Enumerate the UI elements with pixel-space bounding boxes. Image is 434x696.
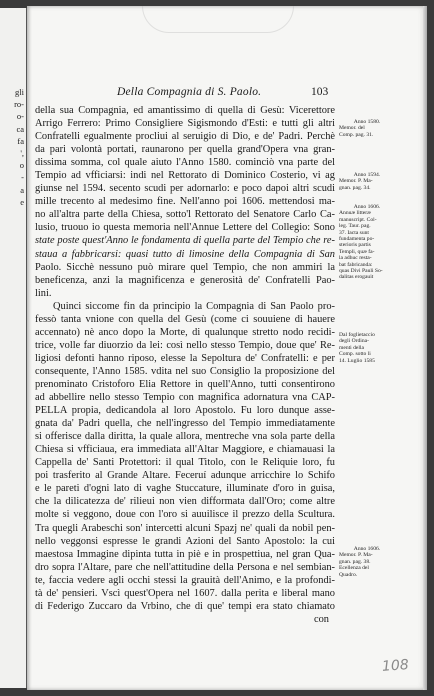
previous-page-fragment: ', [14, 147, 24, 159]
text-line: Paolo. Sicchè nessuno può mirare quel Te… [35, 261, 335, 274]
running-head: Della Compagnia di S. Paolo. 103 [27, 86, 427, 102]
text-line: fessò tanta vnione con quella del Gesù (… [35, 313, 335, 326]
text-line: molte si veggono, doue con l'oro si auui… [35, 508, 335, 521]
previous-page-edge: gli ro- o- ca fa ', o - a e [0, 8, 27, 688]
marginal-note-1606: Anno 1606. Annuæ litteræ manuscript. Col… [339, 204, 395, 281]
paragraph-start: Quinci siccome fin da principio la Compa… [35, 300, 335, 313]
marginal-note-line: Quadro. [339, 572, 395, 578]
marginal-note-foglietaccio: Dal foglietaccio degli Ordina- menti del… [339, 332, 395, 364]
text-line: ligiosi defonti hanno riposo, elesse la … [35, 352, 335, 365]
text-line: Confratelli egualmente procliui al serui… [35, 130, 335, 143]
text-line: ad abbellire nello stesso Tempio con mag… [35, 391, 335, 404]
text-line: si offerisce dalla diritta, la quale all… [35, 430, 335, 443]
text-line: Tra quegli Arabeschi son' intercetti alc… [35, 522, 335, 535]
body-text: della sua Compagnia, ed amantissimo di q… [35, 104, 335, 626]
page-number: 103 [311, 86, 328, 98]
previous-page-fragment: - [14, 171, 24, 183]
text-line: dissima somma, col quale aiuto l'Anno 15… [35, 156, 335, 169]
previous-page-line-endings: gli ro- o- ca fa ', o - a e [14, 86, 24, 208]
text-line: no all'altra parte della Chiesa, sotto'l… [35, 208, 335, 221]
text-line: gnata da' Padri quella, che nell'ingress… [35, 417, 335, 430]
text-line: trice, volle far diuorzio da lei: così n… [35, 339, 335, 352]
text-line: poi trasferito al Grande Altare. Feceruí… [35, 469, 335, 482]
text-line: Arrigo Ferrero: Primo Consigliere Sigism… [35, 117, 335, 130]
text-line: giunse nel 1594. secento scudi per adorn… [35, 182, 335, 195]
text-line: e le pareti d'ogni lato di vaghe Stuccat… [35, 482, 335, 495]
previous-page-fragment: ca [14, 123, 24, 135]
marginal-note-line: dalitas erogauit [339, 274, 395, 280]
text-line: di Federigo Zuccaro da Vrbino, che di qu… [35, 600, 335, 613]
previous-page-fragment: gli [14, 86, 24, 98]
text-line: lini. [35, 287, 335, 300]
book-page: Della Compagnia di S. Paolo. 103 della s… [27, 6, 427, 690]
text-line: PELLA propia, dedicandola al loro Aposto… [35, 404, 335, 417]
text-line: mille trecento al medesimo fine. Nell'an… [35, 195, 335, 208]
text-line: dro sopra l'Altare, pare che nell'attitu… [35, 561, 335, 574]
text-line-italic: staua a fabbricarsi: quasi tutto di limo… [35, 248, 335, 261]
running-title: Della Compagnia di S. Paolo. [117, 86, 261, 98]
handwritten-folio-number: 108 [381, 657, 409, 675]
text-line: lusio, truouo io questa memoria nell'Ann… [35, 221, 335, 234]
marginal-note-line: Comp. pag. 31. [339, 132, 395, 138]
previous-page-fragment: o- [14, 110, 24, 122]
text-line: nello veggonsi espresse le grandi Azioni… [35, 535, 335, 548]
text-line: tà de' pensieri. Vscì quest'Opera nel 16… [35, 587, 335, 600]
catchword: con [35, 613, 335, 626]
paper-stain [142, 6, 294, 33]
text-line: Tempio ad vfficiarsi: indi nel Rettorato… [35, 169, 335, 182]
text-line: accennato) nè anco dopo la Morte, di qua… [35, 326, 335, 339]
marginal-note-1594: Anno 1594. Memor. P. Ma- gnan. pag. 34. [339, 172, 395, 191]
page-edge-shadow [423, 6, 427, 690]
text-line: prenominato Cristoforo Elia Rettore in q… [35, 378, 335, 391]
previous-page-fragment: ro- [14, 98, 24, 110]
text-line: Cappella de' Santi Protettori: il qual T… [35, 456, 335, 469]
marginal-note-1580: Anno 1580. Memor. del Comp. pag. 31. [339, 119, 395, 138]
text-line-italic: state poste quest'Anno le fondamenta di … [35, 234, 335, 247]
previous-page-fragment: fa [14, 135, 24, 147]
text-line: che la dilicatezza de' rilieui non vien … [35, 495, 335, 508]
text-line: beneficenza, anzi la magnificenza e gene… [35, 274, 335, 287]
previous-page-fragment: e [14, 196, 24, 208]
text-line: da pari volontà portati, raunarono per q… [35, 143, 335, 156]
previous-page-fragment: a [14, 184, 24, 196]
text-line: maestosa Immagine dipinta tutta in piè e… [35, 548, 335, 561]
text-line: consequente, l'Anno 1585. vdita nel suo … [35, 365, 335, 378]
marginal-note-quadro: Anno 1606. Memor. P. Ma- gnan. pag. 38. … [339, 546, 395, 578]
text-line: te, faccia vedere agli occhi stessi la g… [35, 574, 335, 587]
book-spread: gli ro- o- ca fa ', o - a e Della Compag… [0, 0, 434, 696]
marginal-note-line: gnan. pag. 34. [339, 185, 395, 191]
text-line: della sua Compagnia, ed amantissimo di q… [35, 104, 335, 117]
text-line: Chiesa si vfficiaua, era immediata all'A… [35, 443, 335, 456]
marginal-note-line: 14. Luglio 1585 [339, 358, 395, 364]
previous-page-fragment: o [14, 159, 24, 171]
